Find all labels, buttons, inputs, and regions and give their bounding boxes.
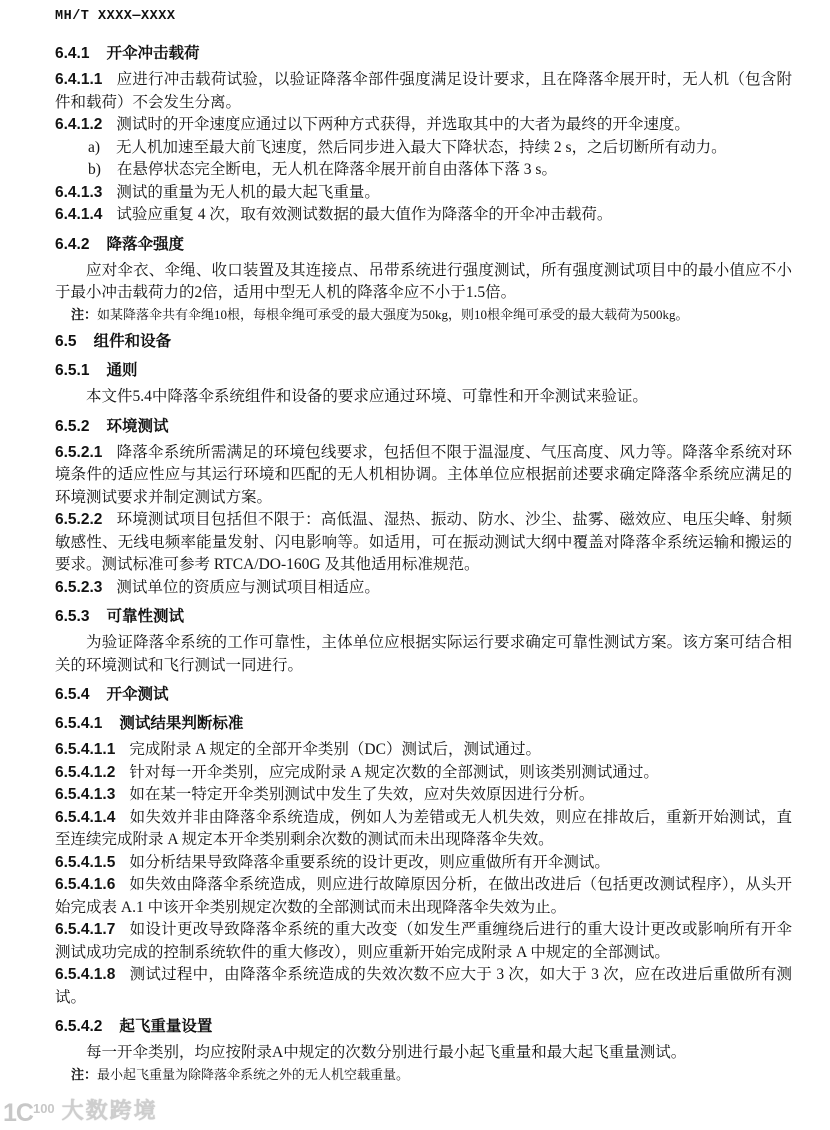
heading-title: 开伞测试 [106,686,168,703]
clause-text: 完成附录 A 规定的全部开伞类别（DC）测试后，测试通过。 [129,741,541,758]
note-label: 注： [71,307,97,322]
clause-text: 如失效并非由降落伞系统造成，例如人为差错或无人机失效，则应在排故后，重新开始测试… [55,809,792,849]
paragraph-6-5-1: 本文件5.4中降落伞系统组件和设备的要求应通过环境、可靠性和开伞测试来验证。 [55,386,792,409]
heading-6-5-1: 6.5.1通则 [55,360,792,382]
heading-6-5-4-1: 6.5.4.1测试结果判断标准 [55,713,792,735]
heading-number: 6.5.2 [55,418,89,435]
clause-6-4-1-3: 6.4.1.3测试的重量为无人机的最大起飞重量。 [55,182,792,205]
clause-text: 如分析结果导致降落伞重要系统的设计更改，则应重做所有开伞测试。 [129,854,610,871]
note-parachute-strength: 注：如某降落伞共有伞绳10根，每根伞绳可承受的最大强度为50kg，则10根伞绳可… [55,305,792,325]
clause-6-5-2-1: 6.5.2.1降落伞系统所需满足的环境包线要求，包括但不限于温湿度、气压高度、风… [55,442,792,510]
clause-6-5-4-1-3: 6.5.4.1.3如在某一特定开伞类别测试中发生了失效，应对失效原因进行分析。 [55,784,792,807]
standard-number-header: MH/T XXXX—XXXX [55,9,792,24]
clause-6-4-1-2: 6.4.1.2测试时的开伞速度应通过以下两种方式获得，并选取其中的大者为最终的开… [55,114,792,137]
clause-number: 6.4.1.1 [55,71,102,88]
clause-number: 6.5.4.1.5 [55,854,115,871]
heading-title: 起飞重量设置 [119,1018,212,1035]
clause-number: 6.5.4.1.2 [55,764,115,781]
note-label: 注： [71,1067,97,1082]
heading-title: 测试结果判断标准 [119,715,243,732]
clause-number: 6.5.4.1.6 [55,876,115,893]
heading-number: 6.5.4 [55,686,89,703]
clause-6-5-4-1-4: 6.5.4.1.4如失效并非由降落伞系统造成，例如人为差错或无人机失效，则应在排… [55,807,792,852]
list-item-label: a) [88,139,100,156]
clause-text: 测试单位的资质应与测试项目相适应。 [116,579,380,596]
heading-6-5-4: 6.5.4开伞测试 [55,684,792,706]
paragraph-6-5-4-2: 每一开伞类别，均应按附录A中规定的次数分别进行最小起飞重量和最大起飞重量测试。 [55,1042,792,1065]
clause-number: 6.4.1.3 [55,184,102,201]
list-item-text: 在悬停状态完全断电，无人机在降落伞展开前自由落体下落 3 s。 [117,161,557,178]
heading-title: 环境测试 [106,418,168,435]
clause-number: 6.5.4.1.4 [55,809,115,826]
clause-6-4-1-1: 6.4.1.1应进行冲击载荷试验，以验证降落伞部件强度满足设计要求，且在降落伞展… [55,69,792,114]
paragraph-6-4-2: 应对伞衣、伞绳、收口装置及其连接点、吊带系统进行强度测试，所有强度测试项目中的最… [55,260,792,305]
clause-number: 6.5.4.1.7 [55,921,115,938]
clause-number: 6.4.1.2 [55,116,102,133]
heading-title: 可靠性测试 [106,608,184,625]
heading-title: 组件和设备 [94,333,172,350]
clause-text: 如设计更改导致降落伞系统的重大改变（如发生严重缠绕后进行的重大设计更改或影响所有… [55,921,792,961]
clause-6-5-4-1-2: 6.5.4.1.2针对每一开伞类别，应完成附录 A 规定次数的全部测试，则该类别… [55,762,792,785]
clause-text: 测试的重量为无人机的最大起飞重量。 [116,184,380,201]
clause-number: 6.5.4.1.1 [55,741,115,758]
clause-6-5-2-3: 6.5.2.3测试单位的资质应与测试项目相适应。 [55,577,792,600]
clause-number: 6.5.4.1.8 [55,966,115,983]
clause-6-5-2-2: 6.5.2.2环境测试项目包括但不限于：高低温、湿热、振动、防水、沙尘、盐雾、磁… [55,509,792,577]
heading-number: 6.5.3 [55,608,89,625]
clause-6-5-4-1-8: 6.5.4.1.8测试过程中，由降落伞系统造成的失效次数不应大于 3 次，如大于… [55,964,792,1009]
clause-text: 如失效由降落伞系统造成，则应进行故障原因分析，在做出改进后（包括更改测试程序），… [55,876,792,916]
note-takeoff-weight: 注：最小起飞重量为除降落伞系统之外的无人机空载重量。 [55,1065,792,1085]
list-item-text: 无人机加速至最大前飞速度，然后同步进入最大下降状态，持续 2 s，之后切断所有动… [116,139,727,156]
heading-title: 降落伞强度 [106,236,184,253]
clause-text: 降落伞系统所需满足的环境包线要求，包括但不限于温湿度、气压高度、风力等。降落伞系… [55,444,792,506]
list-item-label: b) [88,161,101,178]
heading-number: 6.4.1 [55,45,89,62]
heading-6-5-4-2: 6.5.4.2起飞重量设置 [55,1016,792,1038]
heading-number: 6.5.4.1 [55,715,102,732]
clause-number: 6.5.2.3 [55,579,102,596]
heading-number: 6.5 [55,333,77,350]
document-page: { "doc": { "header": "MH/T XXXX—XXXX", "… [0,0,830,1130]
clause-6-5-4-1-6: 6.5.4.1.6如失效由降落伞系统造成，则应进行故障原因分析，在做出改进后（包… [55,874,792,919]
clause-6-5-4-1-5: 6.5.4.1.5如分析结果导致降落伞重要系统的设计更改，则应重做所有开伞测试。 [55,852,792,875]
heading-number: 6.5.4.2 [55,1018,102,1035]
clause-number: 6.5.2.2 [55,511,102,528]
heading-number: 6.5.1 [55,362,89,379]
clause-text: 环境测试项目包括但不限于：高低温、湿热、振动、防水、沙尘、盐雾、磁效应、电压尖峰… [55,511,792,573]
document-body: MH/T XXXX—XXXX 6.4.1开伞冲击载荷 6.4.1.1应进行冲击载… [0,0,830,1130]
heading-6-5: 6.5组件和设备 [55,331,792,353]
heading-6-5-3: 6.5.3可靠性测试 [55,606,792,628]
clause-number: 6.4.1.4 [55,206,102,223]
clause-text: 测试过程中，由降落伞系统造成的失效次数不应大于 3 次，如大于 3 次，应在改进… [55,966,792,1006]
clause-number: 6.5.4.1.3 [55,786,115,803]
heading-number: 6.4.2 [55,236,89,253]
clause-number: 6.5.2.1 [55,444,102,461]
heading-6-4-1: 6.4.1开伞冲击载荷 [55,43,792,65]
clause-6-5-4-1-7: 6.5.4.1.7如设计更改导致降落伞系统的重大改变（如发生严重缠绕后进行的重大… [55,919,792,964]
clause-text: 测试时的开伞速度应通过以下两种方式获得，并选取其中的大者为最终的开伞速度。 [116,116,690,133]
paragraph-6-5-3: 为验证降落伞系统的工作可靠性，主体单位应根据实际运行要求确定可靠性测试方案。该方… [55,632,792,677]
heading-6-4-2: 6.4.2降落伞强度 [55,234,792,256]
list-item-a: a)无人机加速至最大前飞速度，然后同步进入最大下降状态，持续 2 s，之后切断所… [55,137,792,160]
clause-6-4-1-4: 6.4.1.4试验应重复 4 次，取有效测试数据的最大值作为降落伞的开伞冲击载荷… [55,204,792,227]
heading-title: 开伞冲击载荷 [106,45,199,62]
clause-text: 应进行冲击载荷试验，以验证降落伞部件强度满足设计要求，且在降落伞展开时，无人机（… [55,71,792,111]
clause-text: 针对每一开伞类别，应完成附录 A 规定次数的全部测试，则该类别测试通过。 [129,764,659,781]
heading-title: 通则 [106,362,137,379]
note-text: 如某降落伞共有伞绳10根，每根伞绳可承受的最大强度为50kg，则10根伞绳可承受… [97,307,689,322]
clause-text: 如在某一特定开伞类别测试中发生了失效，应对失效原因进行分析。 [129,786,594,803]
heading-6-5-2: 6.5.2环境测试 [55,416,792,438]
clause-6-5-4-1-1: 6.5.4.1.1完成附录 A 规定的全部开伞类别（DC）测试后，测试通过。 [55,739,792,762]
list-item-b: b)在悬停状态完全断电，无人机在降落伞展开前自由落体下落 3 s。 [55,159,792,182]
note-text: 最小起飞重量为除降落伞系统之外的无人机空载重量。 [97,1067,409,1082]
clause-text: 试验应重复 4 次，取有效测试数据的最大值作为降落伞的开伞冲击载荷。 [116,206,612,223]
